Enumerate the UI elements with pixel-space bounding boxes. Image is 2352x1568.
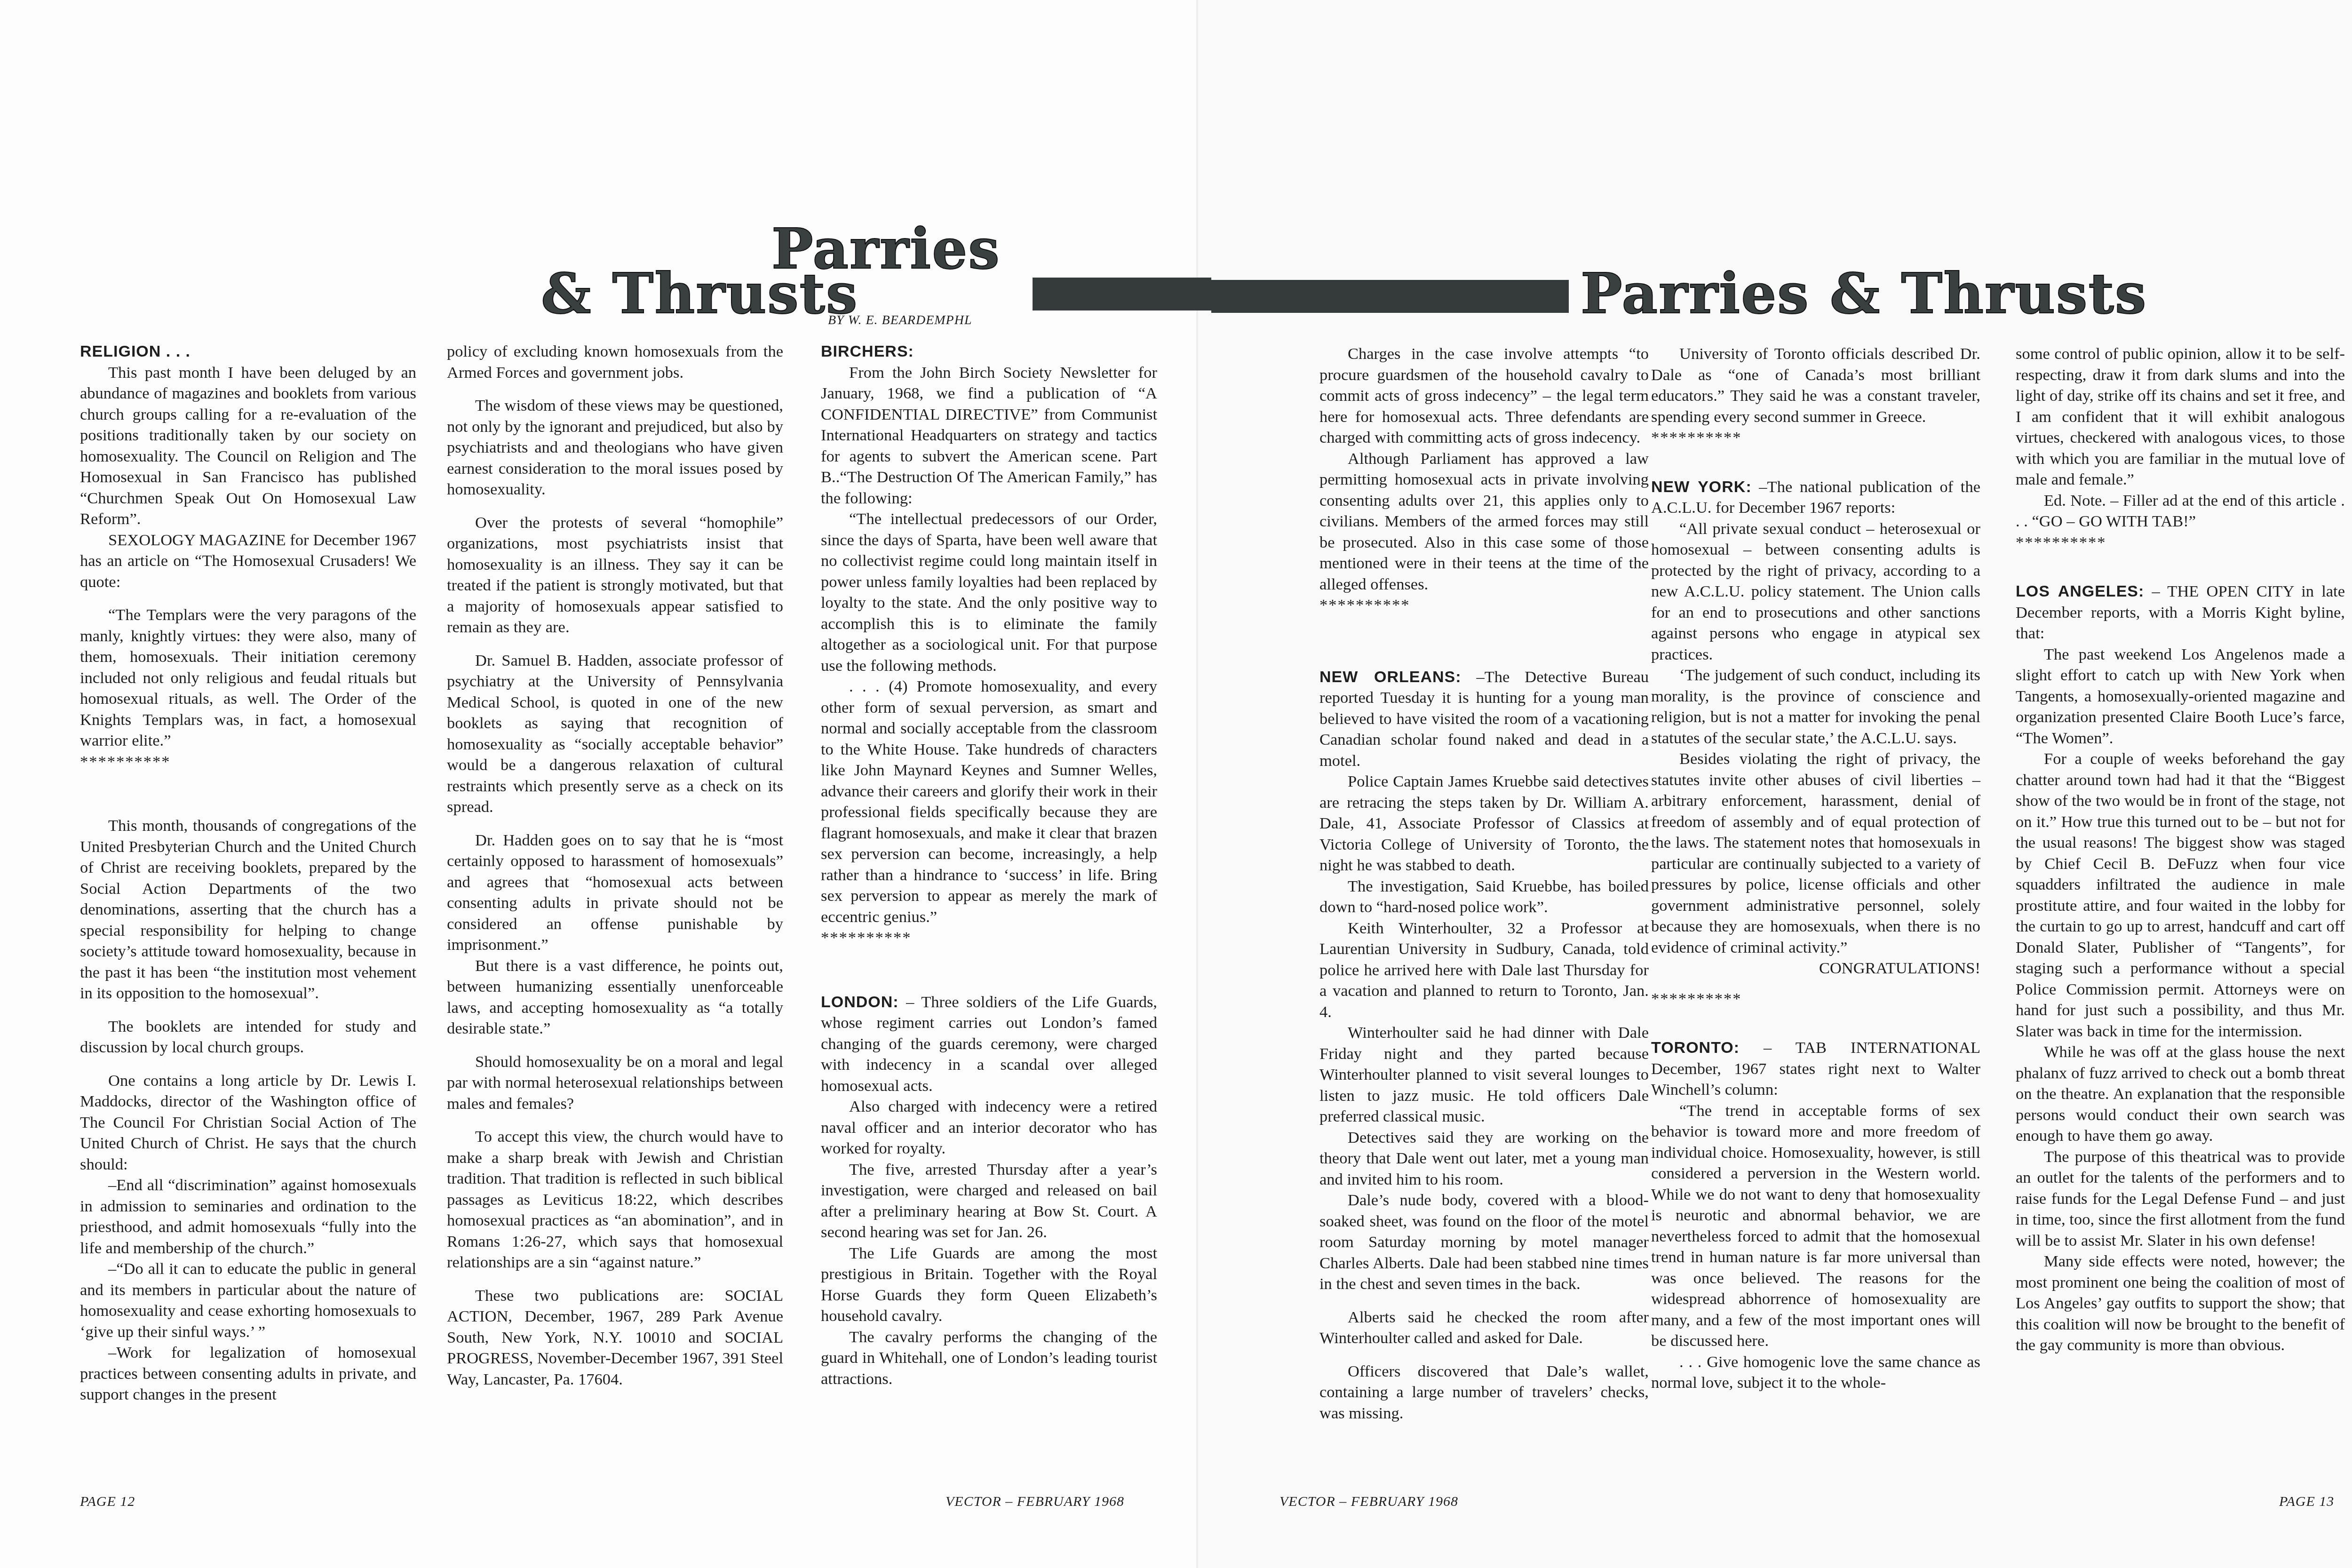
paragraph: Charges in the case involve attempts “to… xyxy=(1319,343,1649,448)
paragraph: One contains a long article by Dr. Lewis… xyxy=(80,1070,416,1175)
section-head-london: LONDON: xyxy=(821,993,899,1011)
paragraph: But there is a vast difference, he point… xyxy=(447,955,783,1039)
byline: BY W. E. BEARDEMPHL xyxy=(828,313,972,328)
paragraph: The Life Guards are among the most prest… xyxy=(821,1243,1157,1327)
paragraph: Officers discovered that Dale’s wallet, … xyxy=(1319,1361,1649,1424)
section-head-new-orleans: NEW ORLEANS: xyxy=(1319,668,1462,686)
paragraph: For a couple of weeks beforehand the gay… xyxy=(2016,748,2345,1042)
paragraph: Besides violating the right of privacy, … xyxy=(1651,748,1980,958)
headline-right: Parries & Thrusts xyxy=(1581,266,2147,321)
headline-rule-right xyxy=(1211,280,1569,313)
paragraph: Detectives said they are working on the … xyxy=(1319,1127,1649,1190)
paragraph: From the John Birch Society Newsletter f… xyxy=(821,362,1157,509)
paragraph: Dr. Samuel B. Hadden, associate professo… xyxy=(447,650,783,818)
paragraph: The five, arrested Thursday after a year… xyxy=(821,1159,1157,1243)
section-head-birchers: BIRCHERS: xyxy=(821,341,1157,362)
quote-paragraph: “The intellectual predecessors of our Or… xyxy=(821,509,1157,676)
paragraph: SEXOLOGY MAGAZINE for December 1967 has … xyxy=(80,530,416,593)
column-2: policy of excluding known homosexuals fr… xyxy=(447,341,783,1390)
column-4: Charges in the case involve attempts “to… xyxy=(1319,343,1649,1424)
column-1: RELIGION . . . This past month I have be… xyxy=(80,341,416,1405)
paragraph: –“Do all it can to educate the public in… xyxy=(80,1258,416,1342)
column-3: BIRCHERS: From the John Birch Society Ne… xyxy=(821,341,1157,1389)
page-number-right: PAGE 13 xyxy=(2279,1494,2334,1510)
paragraph: Dr. Hadden goes on to say that he is “mo… xyxy=(447,830,783,955)
page-number-left: PAGE 12 xyxy=(80,1494,135,1510)
editor-note: Ed. Note. – Filler ad at the end of this… xyxy=(2016,490,2345,532)
column-6: some control of public opinion, allow it… xyxy=(2016,343,2345,1356)
paragraph: –Work for legalization of homosexual pra… xyxy=(80,1342,416,1405)
paragraph: The investigation, Said Kruebbe, has boi… xyxy=(1319,876,1649,918)
paragraph: LOS ANGELES: – THE OPEN CITY in late Dec… xyxy=(2016,581,2345,644)
section-head-los-angeles: LOS ANGELES: xyxy=(2016,582,2144,600)
quote-paragraph: “All private sexual conduct – heterosexu… xyxy=(1651,518,1980,665)
paragraph: To accept this view, the church would ha… xyxy=(447,1126,783,1273)
paragraph: Over the protests of several “homophile”… xyxy=(447,512,783,638)
paragraph: Keith Winterhoulter, 32 a Professor at L… xyxy=(1319,918,1649,1023)
quote-paragraph: . . . (4) Promote homosexuality, and eve… xyxy=(821,676,1157,927)
paragraph: The past weekend Los Angelenos made a sl… xyxy=(2016,644,2345,749)
paragraph: Police Captain James Kruebbe said detect… xyxy=(1319,771,1649,876)
paragraph: policy of excluding known homosexuals fr… xyxy=(447,341,783,383)
section-head-new-york: NEW YORK: xyxy=(1651,478,1752,496)
paragraph: While he was off at the glass house the … xyxy=(2016,1042,2345,1146)
section-head-toronto: TORONTO: xyxy=(1651,1039,1740,1057)
quote-paragraph: “The trend in acceptable forms of sex be… xyxy=(1651,1100,1980,1352)
paragraph: The booklets are intended for study and … xyxy=(80,1016,416,1058)
paragraph: Dale’s nude body, covered with a blood-s… xyxy=(1319,1190,1649,1295)
congratulations: CONGRATULATIONS! xyxy=(1651,958,1980,979)
paragraph: –End all “discrimination” against homose… xyxy=(80,1175,416,1258)
paragraph: Also charged with indecency were a retir… xyxy=(821,1096,1157,1159)
paragraph: Although Parliament has approved a law p… xyxy=(1319,448,1649,595)
paragraph: Alberts said he checked the room after W… xyxy=(1319,1307,1649,1349)
paragraph: Many side effects were noted, however; t… xyxy=(2016,1251,2345,1356)
paragraph: NEW ORLEANS: –The Detective Bureau repor… xyxy=(1319,667,1649,772)
paragraph: The wisdom of these views may be questio… xyxy=(447,395,783,500)
issue-line-right: VECTOR – FEBRUARY 1968 xyxy=(1279,1494,1458,1510)
paragraph: TORONTO: – TAB INTERNATIONAL December, 1… xyxy=(1651,1037,1980,1100)
headline-thrusts: & Thrusts xyxy=(541,266,858,321)
issue-line-left: VECTOR – FEBRUARY 1968 xyxy=(946,1494,1124,1510)
paragraph: Winterhoulter said he had dinner with Da… xyxy=(1319,1022,1649,1127)
paragraph: University of Toronto officials describe… xyxy=(1651,343,1980,427)
section-divider: ********** xyxy=(1651,988,1980,1010)
paragraph: The cavalry performs the changing of the… xyxy=(821,1327,1157,1390)
page-gutter xyxy=(1196,0,1198,1568)
paragraph: some control of public opinion, allow it… xyxy=(2016,343,2345,490)
section-divider: ********** xyxy=(1651,427,1980,448)
section-divider: ********** xyxy=(1319,595,1649,616)
quote-paragraph: “The Templars were the very paragons of … xyxy=(80,605,416,751)
paragraph: NEW YORK: –The national publication of t… xyxy=(1651,477,1980,518)
paragraph: LONDON: – Three soldiers of the Life Gua… xyxy=(821,992,1157,1097)
paragraph: Should homosexuality be on a moral and l… xyxy=(447,1051,783,1114)
section-divider: ********** xyxy=(2016,532,2345,553)
paragraph: This past month I have been deluged by a… xyxy=(80,362,416,530)
section-head-religion: RELIGION . . . xyxy=(80,341,416,362)
quote-paragraph: ‘The judgement of such conduct, includin… xyxy=(1651,665,1980,748)
headline-rule-left xyxy=(1033,278,1211,310)
paragraph: This month, thousands of congregations o… xyxy=(80,815,416,1004)
column-5: University of Toronto officials describe… xyxy=(1651,343,1980,1393)
section-divider: ********** xyxy=(821,927,1157,948)
quote-paragraph: . . . Give homogenic love the same chanc… xyxy=(1651,1352,1980,1393)
paragraph: The purpose of this theatrical was to pr… xyxy=(2016,1146,2345,1251)
section-divider: ********** xyxy=(80,751,416,772)
paragraph: These two publications are: SOCIAL ACTIO… xyxy=(447,1285,783,1390)
